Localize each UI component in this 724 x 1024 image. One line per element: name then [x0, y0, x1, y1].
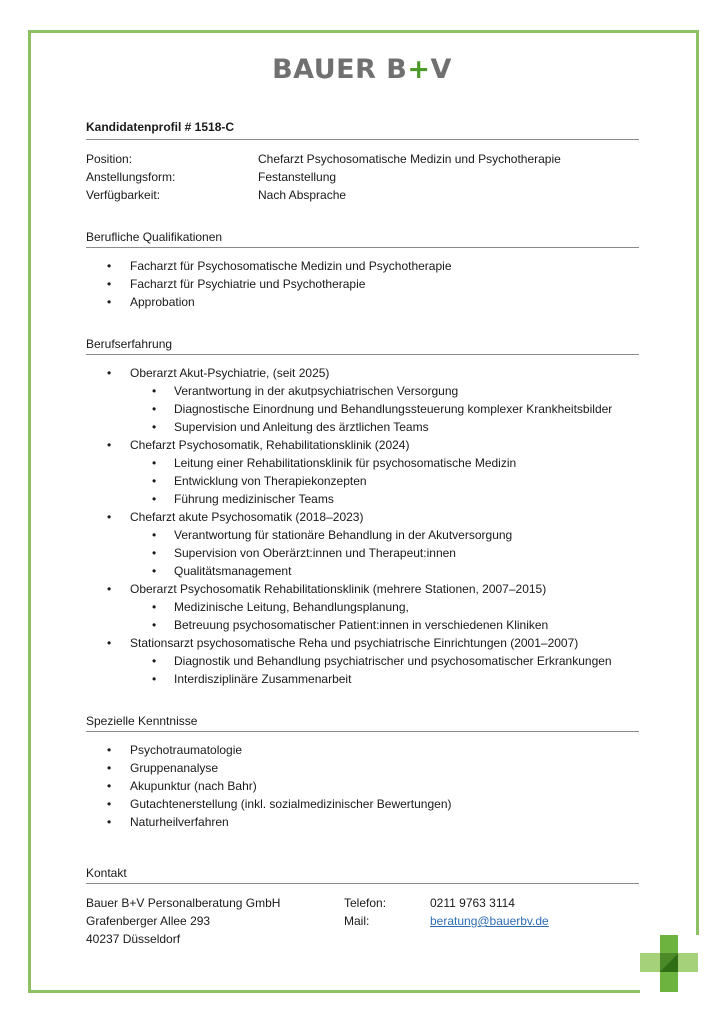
experience-detail: Qualitätsmanagement [86, 562, 639, 580]
experience-title: Stationsarzt psychosomatische Reha und p… [86, 634, 639, 652]
qualifications-list: Facharzt für Psychosomatische Medizin un… [86, 257, 639, 311]
list-item: Psychotraumatologie [86, 741, 639, 759]
cross-icon-center [660, 953, 678, 972]
email-link[interactable]: beratung@bauerbv.de [430, 912, 549, 930]
section-heading-experience: Berufserfahrung [86, 337, 639, 355]
field-availability: Verfügbarkeit: Nach Absprache [86, 186, 639, 204]
mail-label: Mail: [344, 912, 430, 930]
experience-list: Oberarzt Akut-Psychiatrie, (seit 2025) V… [86, 364, 639, 688]
list-item: Akupunktur (nach Bahr) [86, 777, 639, 795]
list-item: Gutachtenerstellung (inkl. sozialmedizin… [86, 795, 639, 813]
profile-fields: Position: Chefarzt Psychosomatische Medi… [86, 150, 639, 204]
experience-detail: Supervision und Anleitung des ärztlichen… [86, 418, 639, 436]
experience-detail: Führung medizinischer Teams [86, 490, 639, 508]
field-value: Festanstellung [258, 168, 336, 186]
logo-plus-icon: + [407, 54, 430, 85]
field-value: Nach Absprache [258, 186, 346, 204]
experience-detail: Interdisziplinäre Zusammenarbeit [86, 670, 639, 688]
section-heading-qualifications: Berufliche Qualifikationen [86, 230, 639, 248]
frame-right [696, 30, 699, 935]
field-position: Position: Chefarzt Psychosomatische Medi… [86, 150, 639, 168]
list-item: Gruppenanalyse [86, 759, 639, 777]
company-logo: BAUER B+V [0, 54, 724, 85]
contact-city: 40237 Düsseldorf [86, 930, 344, 948]
experience-title: Oberarzt Akut-Psychiatrie, (seit 2025) [86, 364, 639, 382]
section-heading-skills: Spezielle Kenntnisse [86, 714, 639, 732]
logo-text-left: BAUER B [272, 54, 407, 85]
field-value: Chefarzt Psychosomatische Medizin und Ps… [258, 150, 561, 168]
profile-document: Kandidatenprofil # 1518-C Position: Chef… [86, 120, 639, 948]
experience-title: Chefarzt Psychosomatik, Rehabilitationsk… [86, 436, 639, 454]
frame-top [28, 30, 699, 33]
contact-street: Grafenberger Allee 293 [86, 912, 344, 930]
skills-list: Psychotraumatologie Gruppenanalyse Akupu… [86, 741, 639, 831]
experience-title: Oberarzt Psychosomatik Rehabilitationskl… [86, 580, 639, 598]
contact-row: Grafenberger Allee 293 Mail: beratung@ba… [86, 912, 639, 930]
contact-block: Bauer B+V Personalberatung GmbH Telefon:… [86, 894, 639, 948]
field-label: Anstellungsform: [86, 168, 258, 186]
contact-row: 40237 Düsseldorf [86, 930, 639, 948]
logo-text-right: V [431, 54, 452, 85]
field-label: Position: [86, 150, 258, 168]
experience-detail: Betreuung psychosomatischer Patient:inne… [86, 616, 639, 634]
experience-title: Chefarzt akute Psychosomatik (2018–2023) [86, 508, 639, 526]
experience-detail: Verantwortung in der akutpsychiatrischen… [86, 382, 639, 400]
list-item: Naturheilverfahren [86, 813, 639, 831]
profile-title: Kandidatenprofil # 1518-C [86, 120, 639, 140]
frame-bottom [28, 990, 640, 993]
experience-detail: Entwicklung von Therapiekonzepten [86, 472, 639, 490]
field-employment-type: Anstellungsform: Festanstellung [86, 168, 639, 186]
phone-label: Telefon: [344, 894, 430, 912]
field-label: Verfügbarkeit: [86, 186, 258, 204]
list-item: Approbation [86, 293, 639, 311]
section-heading-contact: Kontakt [86, 866, 639, 884]
experience-detail: Medizinische Leitung, Behandlungsplanung… [86, 598, 639, 616]
experience-detail: Diagnostik und Behandlung psychiatrische… [86, 652, 639, 670]
experience-detail: Verantwortung für stationäre Behandlung … [86, 526, 639, 544]
frame-left [28, 30, 31, 993]
contact-company: Bauer B+V Personalberatung GmbH [86, 894, 344, 912]
list-item: Facharzt für Psychosomatische Medizin un… [86, 257, 639, 275]
experience-detail: Leitung einer Rehabilitationsklinik für … [86, 454, 639, 472]
experience-detail: Diagnostische Einordnung und Behandlungs… [86, 400, 639, 418]
list-item: Facharzt für Psychiatrie und Psychothera… [86, 275, 639, 293]
experience-detail: Supervision von Oberärzt:innen und Thera… [86, 544, 639, 562]
phone-value: 0211 9763 3114 [430, 894, 515, 912]
contact-row: Bauer B+V Personalberatung GmbH Telefon:… [86, 894, 639, 912]
